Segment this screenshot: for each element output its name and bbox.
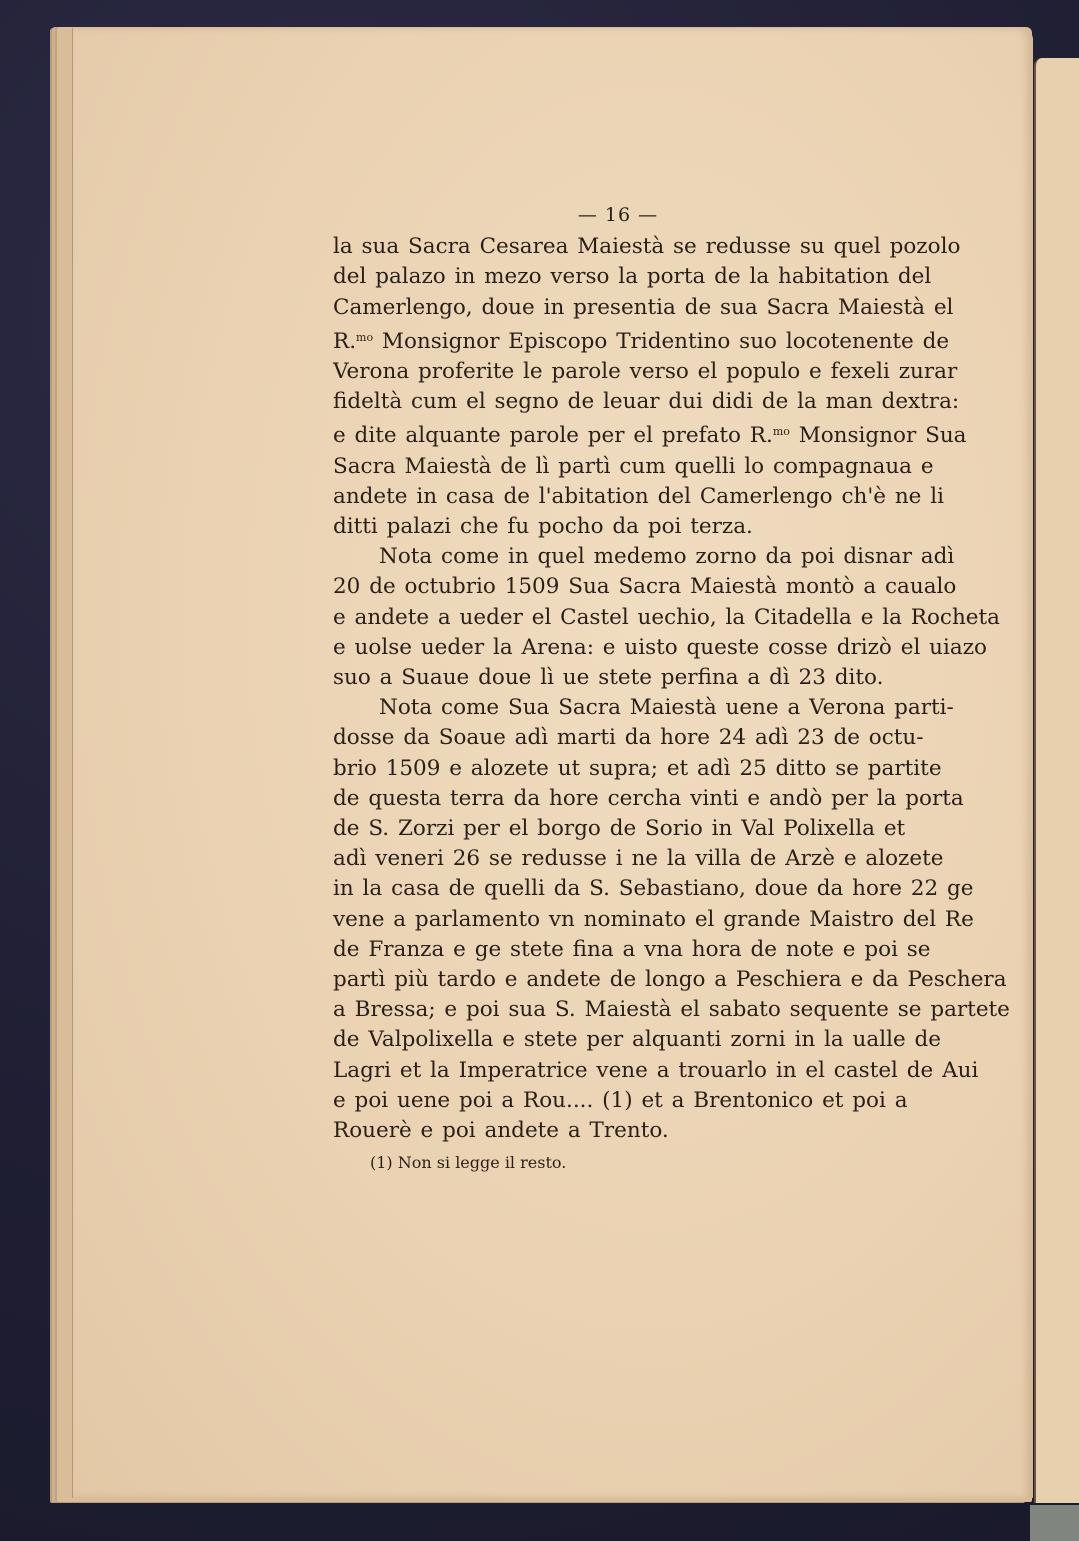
text-line: Rouerè e poi andete a Trento. bbox=[333, 1116, 903, 1146]
text-line: Verona proferite le parole verso el popu… bbox=[333, 357, 903, 387]
text-line: Nota come Sua Sacra Maiestà uene a Veron… bbox=[333, 693, 903, 723]
text-line: adì veneri 26 se redusse i ne la villa d… bbox=[333, 844, 903, 874]
text-line: R.mo Monsignor Episcopo Tridentino suo l… bbox=[333, 323, 903, 357]
text-line: e poi uene poi a Rou.... (1) et a Brento… bbox=[333, 1086, 903, 1116]
text-line: vene a parlamento vn nominato el grande … bbox=[333, 905, 903, 935]
text-line: de Franza e ge stete fina a vna hora de … bbox=[333, 935, 903, 965]
paragraph: Nota come in quel medemo zorno da poi di… bbox=[333, 542, 903, 693]
text-line: de Valpolixella e stete per alquanti zor… bbox=[333, 1025, 903, 1055]
footnote: (1) Non si legge il resto. bbox=[370, 1153, 566, 1172]
paragraph: Nota come Sua Sacra Maiestà uene a Veron… bbox=[333, 693, 903, 1146]
text-line: del palazo in mezo verso la porta de la … bbox=[333, 262, 903, 292]
paragraph: la sua Sacra Cesarea Maiestà se redusse … bbox=[333, 232, 903, 542]
paragraphs: la sua Sacra Cesarea Maiestà se redusse … bbox=[333, 232, 903, 1146]
text-line: de S. Zorzi per el borgo de Sorio in Val… bbox=[333, 814, 903, 844]
text-line: a Bressa; e poi sua S. Maiestà el sabato… bbox=[333, 995, 903, 1025]
text-line: partì più tardo e andete de longo a Pesc… bbox=[333, 965, 903, 995]
text-line: in la casa de quelli da S. Sebastiano, d… bbox=[333, 874, 903, 904]
text-line: la sua Sacra Cesarea Maiestà se redusse … bbox=[333, 232, 903, 262]
text-line: ditti palazi che fu pocho da poi terza. bbox=[333, 512, 903, 542]
text-line: Lagri et la Imperatrice vene a trouarlo … bbox=[333, 1056, 903, 1086]
page-body: — 16 — la sua Sacra Cesarea Maiestà se r… bbox=[333, 200, 903, 1146]
text-line: dosse da Soaue adì marti da hore 24 adì … bbox=[333, 723, 903, 753]
text-line: e uolse ueder la Arena: e uisto queste c… bbox=[333, 633, 903, 663]
text-line: e dite alquante parole per el prefato R.… bbox=[333, 417, 903, 451]
text-line: e andete a ueder el Castel uechio, la Ci… bbox=[333, 603, 903, 633]
text-line: brio 1509 e alozete ut supra; et adì 25 … bbox=[333, 754, 903, 784]
text-line: Nota come in quel medemo zorno da poi di… bbox=[333, 542, 903, 572]
text-line: andete in casa de l'abitation del Camerl… bbox=[333, 482, 903, 512]
facing-page-edge bbox=[1034, 58, 1079, 1503]
text-line: fideltà cum el segno de leuar dui didi d… bbox=[333, 387, 903, 417]
text-line: Sacra Maiestà de lì partì cum quelli lo … bbox=[333, 452, 903, 482]
text-line: Camerlengo, doue in presentia de sua Sac… bbox=[333, 293, 903, 323]
page-number: — 16 — bbox=[333, 200, 903, 230]
text-line: de questa terra da hore cercha vinti e a… bbox=[333, 784, 903, 814]
text-line: 20 de octubrio 1509 Sua Sacra Maiestà mo… bbox=[333, 572, 903, 602]
binding-scrap bbox=[1030, 1505, 1079, 1541]
text-line: suo a Suaue doue lì ue stete perfina a d… bbox=[333, 663, 903, 693]
